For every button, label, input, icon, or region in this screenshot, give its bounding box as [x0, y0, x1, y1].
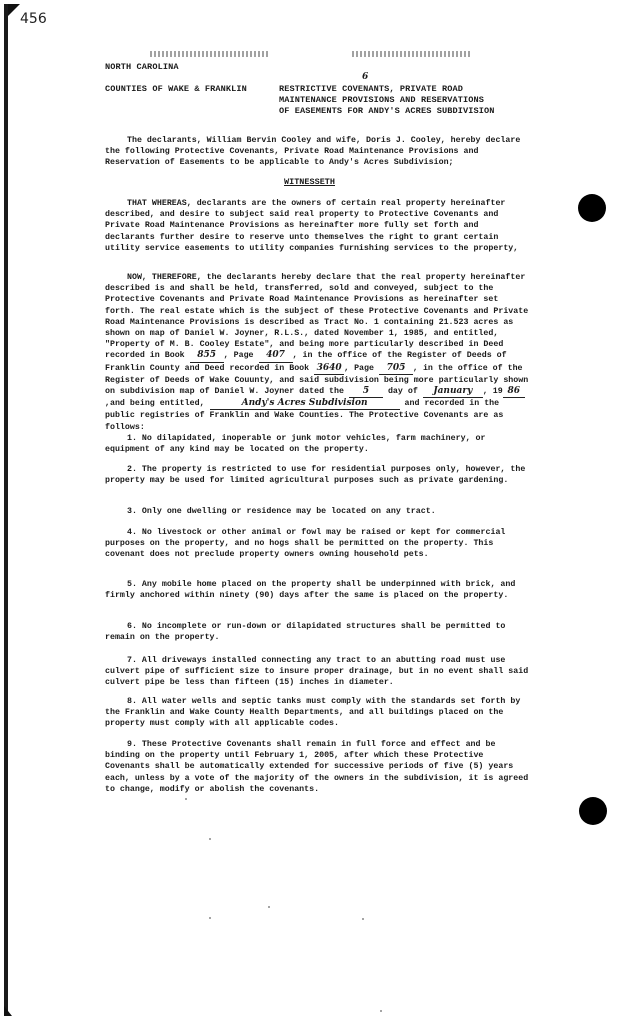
scan-speck [268, 906, 270, 908]
witnesseth-heading: WITNESSETH [284, 177, 335, 187]
therefore-text: NOW, THEREFORE, the declarants hereby de… [105, 273, 528, 360]
state-heading: NORTH CAROLINA [105, 62, 179, 72]
scan-speck [380, 1010, 382, 1012]
covenant-3: 3. Only one dwelling or residence may be… [105, 506, 530, 517]
scan-speck [362, 918, 364, 920]
punch-hole-top [578, 194, 606, 222]
therefore-text: ,and being entitled, [105, 399, 210, 408]
covenant-7: 7. All driveways installed connecting an… [105, 655, 530, 689]
scan-speck [209, 917, 211, 919]
therefore-text: day of [383, 387, 423, 396]
page-number: 456 [20, 11, 47, 27]
handwritten-page-2: 705 [379, 363, 413, 375]
document-title-line-2: MAINTENANCE PROVISIONS AND RESERVATIONS [279, 95, 484, 105]
document-title-line-1: RESTRICTIVE COVENANTS, PRIVATE ROAD [279, 84, 463, 94]
covenant-text: 6. No incomplete or run-down or dilapida… [105, 622, 505, 642]
therefore-text: , Page [344, 364, 379, 373]
page-foot-mark [4, 1006, 12, 1016]
scan-artifact [352, 51, 472, 57]
intro-paragraph: The declarants, William Bervin Cooley an… [105, 135, 530, 169]
handwritten-page-1: 407 [259, 350, 293, 362]
handwritten-year: 86 [503, 386, 525, 398]
handwritten-mark: 6 [362, 72, 368, 82]
scan-speck [185, 798, 187, 800]
handwritten-day: 5 [349, 386, 383, 398]
covenant-8: 8. All water wells and septic tanks must… [105, 696, 530, 730]
covenant-text: 8. All water wells and septic tanks must… [105, 697, 520, 728]
covenant-text: 4. No livestock or other animal or fowl … [105, 528, 505, 559]
covenant-2: 2. The property is restricted to use for… [105, 464, 530, 486]
covenant-1: 1. No dilapidated, inoperable or junk mo… [105, 433, 530, 455]
page-left-edge [4, 4, 8, 1016]
counties-heading: COUNTIES OF WAKE & FRANKLIN [105, 84, 247, 94]
covenant-text: 3. Only one dwelling or residence may be… [127, 507, 436, 516]
covenant-6: 6. No incomplete or run-down or dilapida… [105, 621, 530, 643]
handwritten-book-1: 855 [190, 350, 224, 362]
whereas-paragraph: THAT WHEREAS, declarants are the owners … [105, 198, 530, 254]
covenant-text: 7. All driveways installed connecting an… [105, 656, 528, 687]
therefore-text: , Page [224, 351, 259, 360]
scan-artifact [150, 51, 270, 57]
whereas-text: THAT WHEREAS, declarants are the owners … [105, 199, 518, 253]
therefore-paragraph: NOW, THEREFORE, the declarants hereby de… [105, 272, 530, 433]
therefore-text: , 19 [483, 387, 503, 396]
covenant-4: 4. No livestock or other animal or fowl … [105, 527, 530, 561]
handwritten-map-title: Andy's Acres Subdivision [210, 398, 400, 410]
handwritten-month: January [423, 386, 483, 398]
covenant-text: 9. These Protective Covenants shall rema… [105, 740, 528, 794]
intro-text: The declarants, William Bervin Cooley an… [105, 136, 520, 167]
handwritten-book-2: 3640 [314, 363, 344, 375]
covenant-5: 5. Any mobile home placed on the propert… [105, 579, 530, 601]
covenant-text: 2. The property is restricted to use for… [105, 465, 525, 485]
scan-speck [209, 838, 211, 840]
document-title-line-3: OF EASEMENTS FOR ANDY'S ACRES SUBDIVISIO… [279, 106, 495, 116]
covenant-text: 5. Any mobile home placed on the propert… [105, 580, 515, 600]
punch-hole-bottom [579, 797, 607, 825]
covenant-9: 9. These Protective Covenants shall rema… [105, 739, 530, 795]
covenant-text: 1. No dilapidated, inoperable or junk mo… [105, 434, 485, 454]
